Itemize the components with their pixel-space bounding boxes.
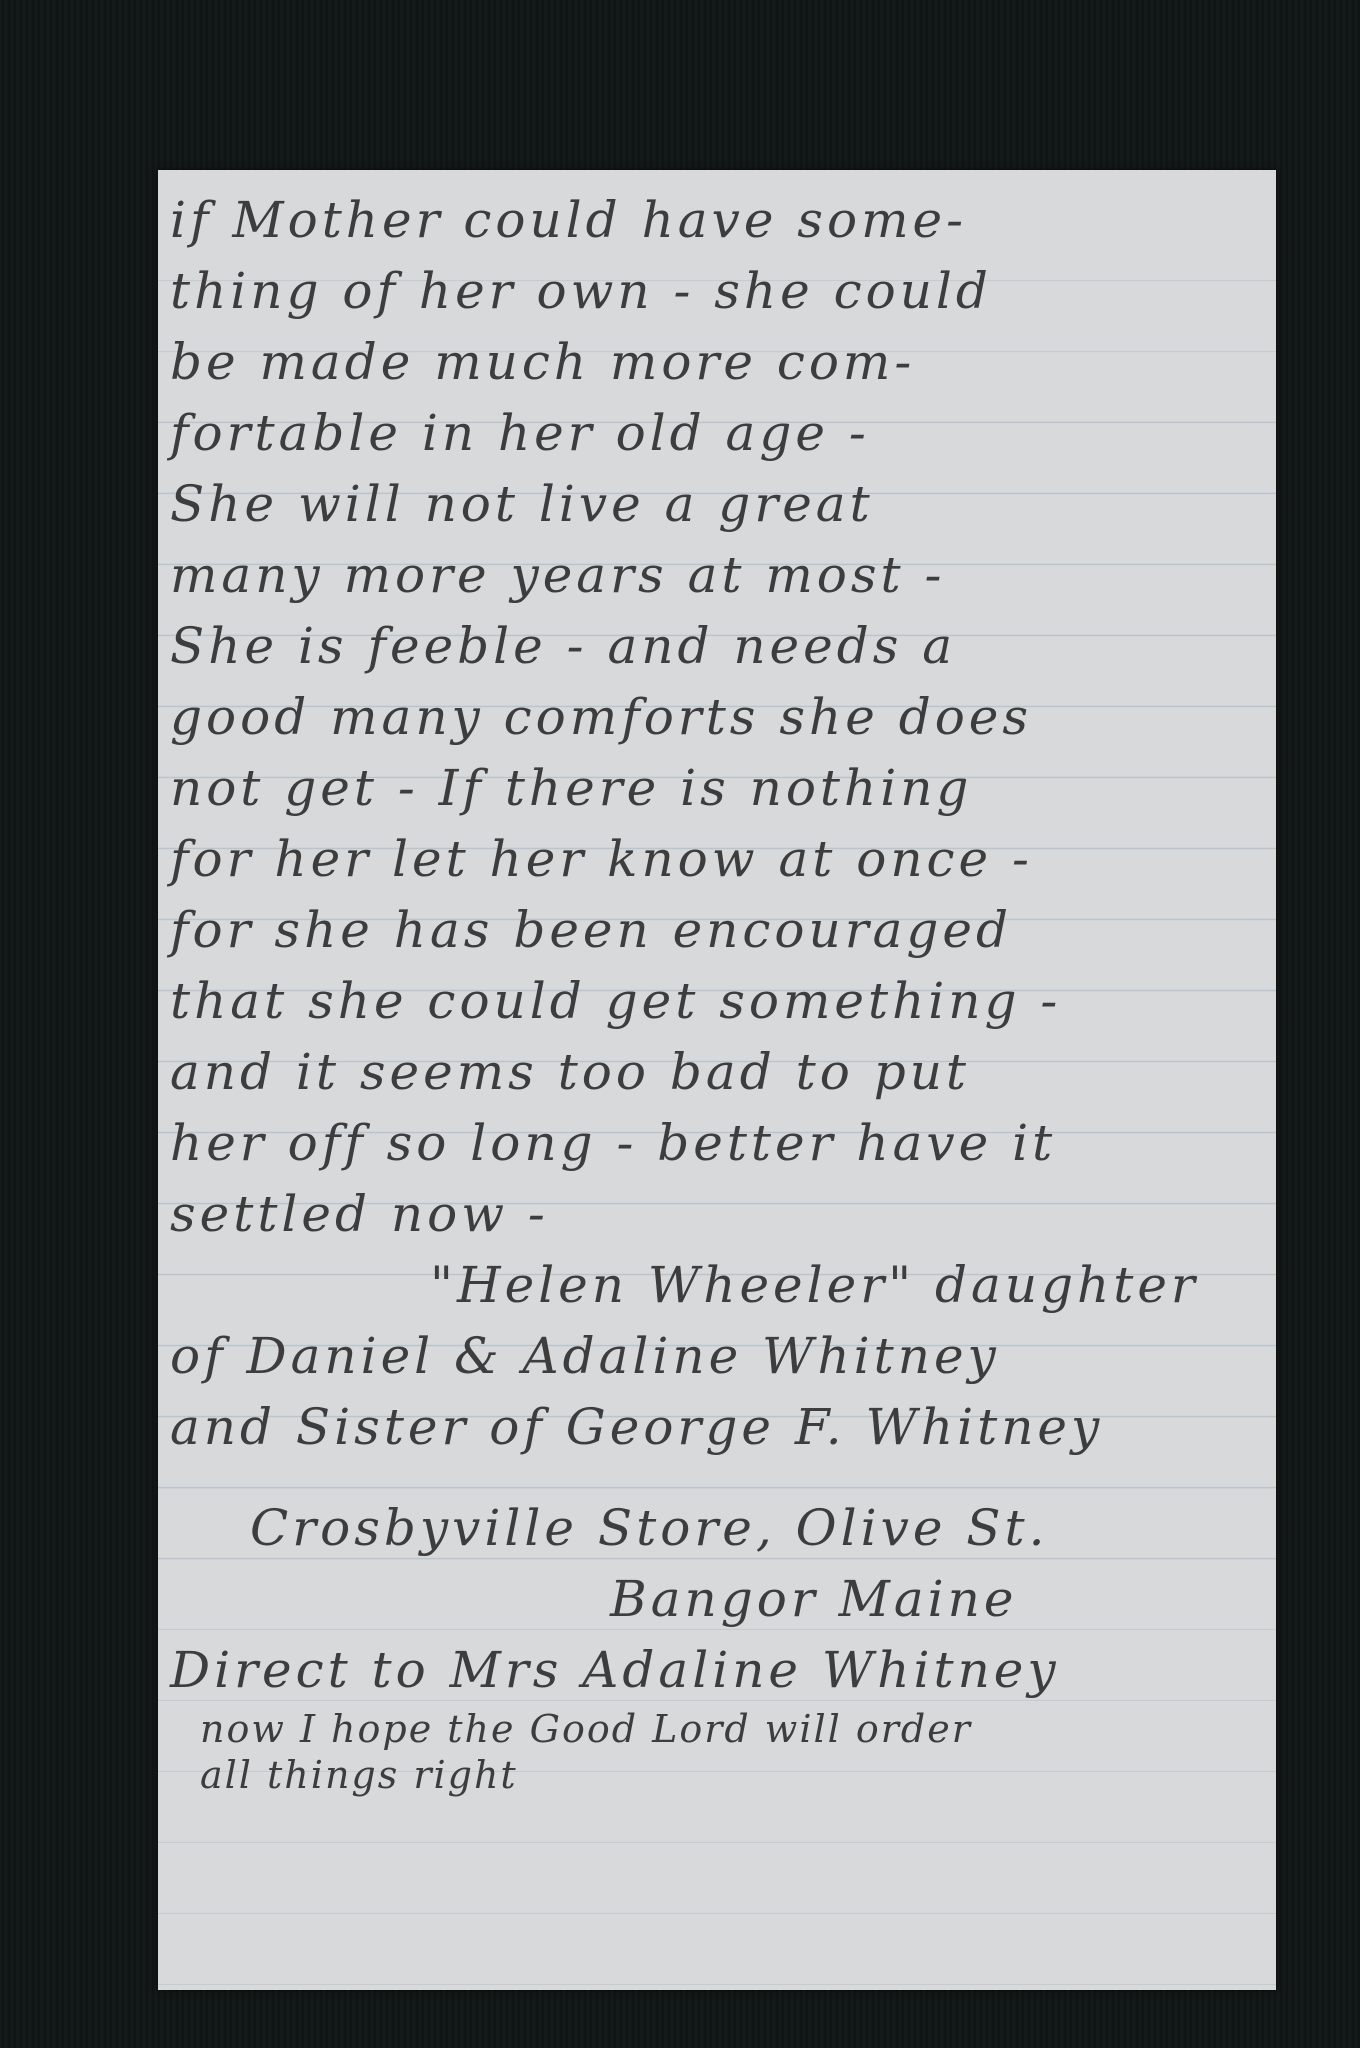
letter-line: and it seems too bad to put xyxy=(170,1037,1260,1108)
letter-line: her off so long - better have it xyxy=(170,1108,1260,1179)
letter-line: be made much more com- xyxy=(170,327,1260,398)
address-street: Crosbyville Store, Olive St. xyxy=(170,1493,1260,1564)
letter-line: for she has been encouraged xyxy=(170,895,1260,966)
letter-line: for her let her know at once - xyxy=(170,824,1260,895)
signature-sibling: and Sister of George F. Whitney xyxy=(170,1392,1260,1463)
letter-line: fortable in her old age - xyxy=(170,398,1260,469)
signature-name: "Helen Wheeler" daughter xyxy=(170,1250,1260,1321)
signature-parents: of Daniel & Adaline Whitney xyxy=(170,1321,1260,1392)
closing-line: all things right xyxy=(170,1752,1260,1798)
letter-line: settled now - xyxy=(170,1179,1260,1250)
letter-line: good many comforts she does xyxy=(170,682,1260,753)
letter-line: that she could get something - xyxy=(170,966,1260,1037)
letter-line: if Mother could have some- xyxy=(170,185,1260,256)
address-city: Bangor Maine xyxy=(170,1564,1260,1635)
letter-line: thing of her own - she could xyxy=(170,256,1260,327)
letter-line: She is feeble - and needs a xyxy=(170,611,1260,682)
letter-line: She will not live a great xyxy=(170,469,1260,540)
spacer xyxy=(170,1463,1260,1493)
closing-line: now I hope the Good Lord will order xyxy=(170,1706,1260,1752)
letter-line: not get - If there is nothing xyxy=(170,753,1260,824)
letter-line: many more years at most - xyxy=(170,540,1260,611)
letter-text: if Mother could have some- thing of her … xyxy=(170,185,1260,1798)
direction-line: Direct to Mrs Adaline Whitney xyxy=(170,1635,1260,1706)
